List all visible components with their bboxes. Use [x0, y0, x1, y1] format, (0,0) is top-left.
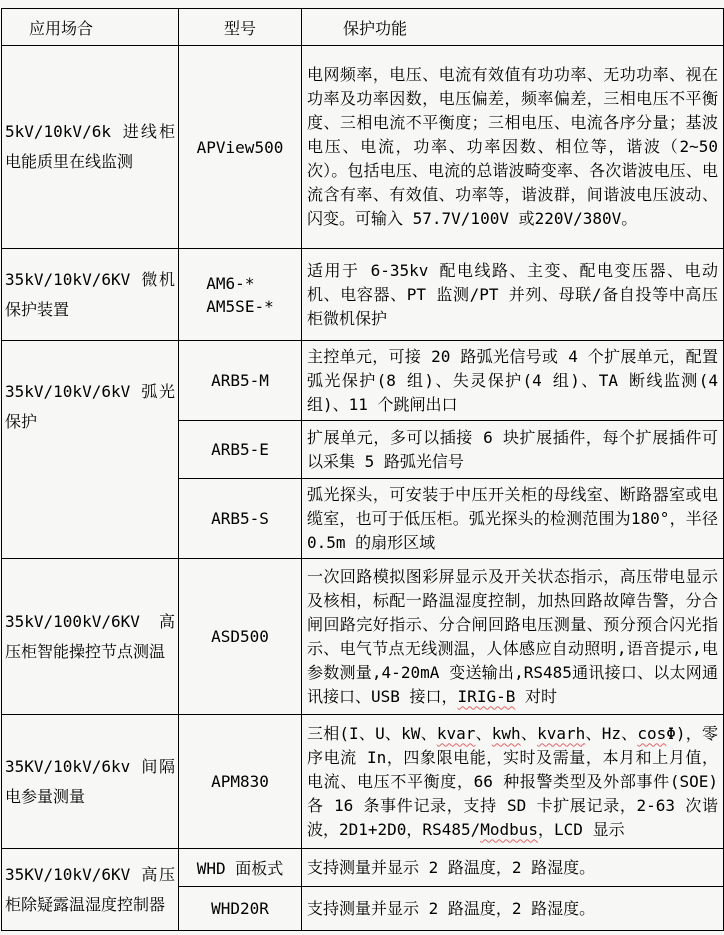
- cell-function: 电网频率，电压、电流有效值有功功率、无功功率、视在功率及功率因数，电压偏差，频率…: [302, 46, 724, 249]
- spellcheck-flagged-term: kwh: [492, 724, 521, 743]
- table-row-apview500: 5kV/10kV/6k 进线柜电能质里在线监测 APView500 电网频率，电…: [2, 46, 724, 249]
- cell-application: 35kV/10kV/6kV 弧光保护: [2, 341, 179, 559]
- cell-model: APView500: [179, 46, 302, 249]
- cell-function: 支持测量并显示 2 路温度，2 路湿度。: [302, 887, 724, 931]
- spellcheck-flagged-term: kvarh: [537, 724, 585, 743]
- cell-application: 35KV/10kV/6kv 间隔电参量测量: [2, 715, 179, 849]
- text-segment: 三相(I、U、kW、: [307, 724, 437, 743]
- spellcheck-flagged-term: cos: [637, 724, 666, 743]
- cell-function: 支持测量并显示 2 路温度，2 路湿度。: [302, 849, 724, 887]
- cell-function: 主控单元，可接 20 路弧光信号或 4 个扩展单元，配置弧光保护(8 组)、失灵…: [302, 341, 724, 421]
- text-segment: 、Hz、: [585, 724, 637, 743]
- model-lines: AM6-* AM5SE-*: [206, 272, 273, 318]
- text-segment: 、: [475, 724, 491, 743]
- cell-function: 适用于 6-35kv 配电线路、主变、配电变压器、电动机、电容器、PT 监测/P…: [302, 249, 724, 341]
- header-application: 应用场合: [2, 9, 179, 46]
- table-row-whd-panel: 35KV/10kV/6KV 高压柜除疑露温湿度控制器 WHD 面板式 支持测量并…: [2, 849, 724, 887]
- cell-model: AM6-* AM5SE-*: [179, 249, 302, 341]
- cell-model: ARB5-S: [179, 479, 302, 559]
- cell-model: ARB5-E: [179, 421, 302, 479]
- cell-function: 扩展单元，多可以插接 6 块扩展插件，每个扩展插件可以采集 5 路弧光信号: [302, 421, 724, 479]
- spellcheck-flagged-term: IRIG-B: [458, 687, 516, 706]
- spellcheck-flagged-term: Modbus: [480, 820, 538, 839]
- text-segment: 一次回路模拟图彩屏显示及开关状态指示，高压带电显示及核相，标配一路温湿度控制，加…: [307, 567, 718, 706]
- cell-function: 弧光探头，可安装于中压开关柜的母线室、断路器室或电缆室，也可于低压柜。弧光探头的…: [302, 479, 724, 559]
- cell-application: 5kV/10kV/6k 进线柜电能质里在线监测: [2, 46, 179, 249]
- table-row-arb5-m: 35kV/10kV/6kV 弧光保护 ARB5-M 主控单元，可接 20 路弧光…: [2, 341, 724, 421]
- header-function: 保护功能: [302, 9, 724, 46]
- spellcheck-flagged-term: kvar: [437, 724, 476, 743]
- cell-model: WHD20R: [179, 887, 302, 931]
- page: 应用场合 型号 保护功能 5kV/10kV/6k 进线柜电能质里在线监测 APV…: [0, 0, 724, 935]
- table-row-apm830: 35KV/10kV/6kv 间隔电参量测量 APM830 三相(I、U、kW、k…: [2, 715, 724, 849]
- cell-function: 一次回路模拟图彩屏显示及开关状态指示，高压带电显示及核相，标配一路温湿度控制，加…: [302, 559, 724, 715]
- cell-application: 35kV/10kV/6KV 微机保护装置: [2, 249, 179, 341]
- table-header-row: 应用场合 型号 保护功能: [2, 9, 724, 46]
- header-model: 型号: [179, 9, 302, 46]
- text-segment: 、: [521, 724, 537, 743]
- cell-model: ASD500: [179, 559, 302, 715]
- cell-model: WHD 面板式: [179, 849, 302, 887]
- text-segment: 对时: [515, 687, 557, 706]
- cell-application: 35kV/100kV/6KV 高压柜智能操控节点测温: [2, 559, 179, 715]
- cell-model: APM830: [179, 715, 302, 849]
- model-line: AM5SE-*: [206, 295, 273, 318]
- table-row-am6: 35kV/10kV/6KV 微机保护装置 AM6-* AM5SE-* 适用于 6…: [2, 249, 724, 341]
- cell-model: ARB5-M: [179, 341, 302, 421]
- text-segment: ，LCD 显示: [538, 820, 625, 839]
- cell-application: 35KV/10kV/6KV 高压柜除疑露温湿度控制器: [2, 849, 179, 931]
- model-line: AM6-*: [206, 272, 273, 295]
- product-spec-table: 应用场合 型号 保护功能 5kV/10kV/6k 进线柜电能质里在线监测 APV…: [1, 8, 724, 931]
- cell-function: 三相(I、U、kW、kvar、kwh、kvarh、Hz、cosΦ)，零序电流 I…: [302, 715, 724, 849]
- table-row-asd500: 35kV/100kV/6KV 高压柜智能操控节点测温 ASD500 一次回路模拟…: [2, 559, 724, 715]
